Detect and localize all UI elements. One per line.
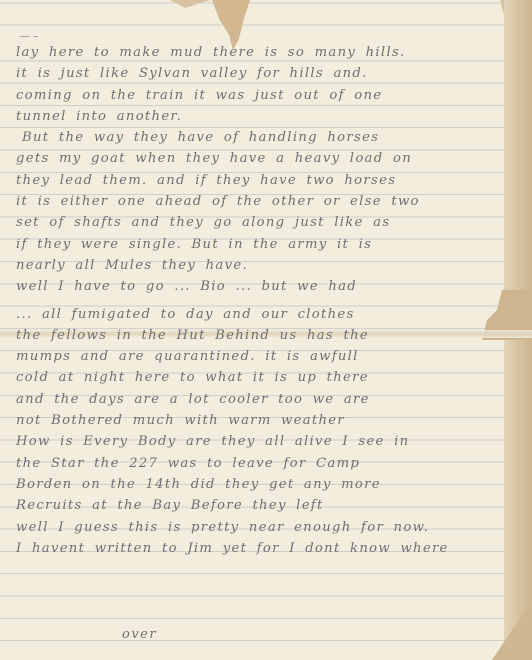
- text-line: the Star the 227 was to leave for Camp: [16, 453, 516, 474]
- text-line: the fellows in the Hut Behind us has the: [16, 325, 516, 346]
- text-line: well I guess this is pretty near enough …: [16, 517, 516, 538]
- text-line: How is Every Body are they all alive I s…: [16, 431, 516, 452]
- text-line: Borden on the 14th did they get any more: [16, 474, 516, 495]
- text-line: gets my goat when they have a heavy load…: [16, 148, 516, 169]
- text-line: and the days are a lot cooler too we are: [16, 389, 516, 410]
- over-note: over: [122, 627, 157, 642]
- text-line: set of shafts and they go along just lik…: [16, 212, 516, 233]
- text-line: nearly all Mules they have.: [16, 255, 516, 276]
- top-mark: — –: [20, 31, 38, 42]
- text-line: tunnel into another.: [16, 106, 516, 127]
- text-line: ... all fumigated to day and our clothes: [16, 304, 516, 325]
- text-line: mumps and are quarantined. it is awfull: [16, 346, 516, 367]
- text-line: Recruits at the Bay Before they left: [16, 495, 516, 516]
- handwritten-text: lay here to make mud there is so many hi…: [16, 42, 516, 559]
- text-line: well I have to go ... Bio ... but we had: [16, 276, 516, 297]
- text-line: it is just like Sylvan valley for hills …: [16, 63, 516, 84]
- text-line: lay here to make mud there is so many hi…: [16, 42, 516, 63]
- text-line: But the way they have of handling horses: [16, 127, 516, 148]
- text-line: coming on the train it was just out of o…: [16, 85, 516, 106]
- text-line: they lead them. and if they have two hor…: [16, 170, 516, 191]
- text-line: I havent written to Jim yet for I dont k…: [16, 538, 516, 559]
- text-line: it is either one ahead of the other or e…: [16, 191, 516, 212]
- text-line: if they were single. But in the army it …: [16, 234, 516, 255]
- text-line: not Bothered much with warm weather: [16, 410, 516, 431]
- text-line: cold at night here to what it is up ther…: [16, 367, 516, 388]
